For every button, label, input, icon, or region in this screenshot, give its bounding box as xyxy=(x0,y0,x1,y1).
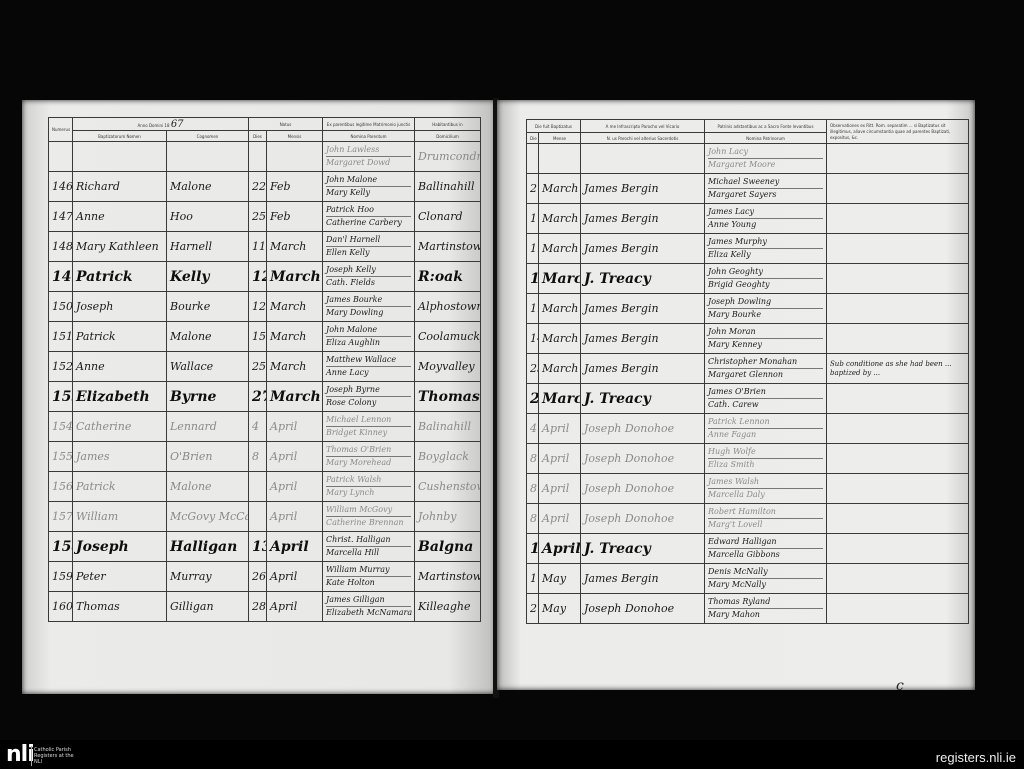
table-row: 11MarchJames BerginJames MurphyEliza Kel… xyxy=(527,234,969,264)
right-register-table: Die fuit Baptizatus A me Infrascripto Pa… xyxy=(526,119,969,624)
baptism-day: 8 xyxy=(527,474,539,504)
header-parents-group: Ex parentibus legitime Matrimonio juncti… xyxy=(323,118,415,131)
table-row: 158JosephHalligan13AprilChrist. Halligan… xyxy=(49,532,481,562)
baptism-month: April xyxy=(539,504,581,534)
table-row: 8AprilJoseph DonohoeHugh WolfeEliza Smit… xyxy=(527,444,969,474)
birth-day: 12 xyxy=(249,262,267,292)
residence: Coolamucky xyxy=(415,322,481,352)
table-row: 152AnneWallace25MarchMatthew WallaceAnne… xyxy=(49,352,481,382)
birth-day: 12 xyxy=(249,292,267,322)
priest-name: Joseph Donohoe xyxy=(581,444,705,474)
entry-number: 146 xyxy=(49,172,73,202)
sponsors: John MoranMary Kenney xyxy=(705,324,827,354)
name-line-2: Brigid Geoghty xyxy=(708,279,823,291)
priest-name: J. Treacy xyxy=(581,534,705,564)
birth-month: April xyxy=(267,412,323,442)
child-surname: Lennard xyxy=(167,412,249,442)
baptism-month: April xyxy=(539,534,581,564)
residence: Moyvalley xyxy=(415,352,481,382)
child-name: Patrick xyxy=(73,262,167,292)
birth-day: 22 xyxy=(249,172,267,202)
entry-number: 157 xyxy=(49,502,73,532)
birth-day: 27 xyxy=(249,382,267,412)
name-line-1: James Gilligan xyxy=(326,594,411,607)
name-line-2: Eliza Kelly xyxy=(708,249,823,261)
name-line-2: Eliza Aughlin xyxy=(326,337,411,349)
birth-month: April xyxy=(267,472,323,502)
baptism-month: April xyxy=(539,474,581,504)
name-line-1: Christopher Monahan xyxy=(708,356,823,369)
entry-number xyxy=(49,142,73,172)
entry-number: 148 xyxy=(49,232,73,262)
sponsors: Christopher MonahanMargaret Glennon xyxy=(705,354,827,384)
child-surname: Hoo xyxy=(167,202,249,232)
child-name: Richard xyxy=(73,172,167,202)
priest-name: J. Treacy xyxy=(581,384,705,414)
table-row: 154CatherineLennard4AprilMichael LennonB… xyxy=(49,412,481,442)
name-line-2: Mary Kelly xyxy=(326,187,411,199)
name-line-2: Catherine Brennan xyxy=(326,517,411,529)
header-baptism-month: Mense xyxy=(539,133,581,144)
header-month: Mensis xyxy=(267,131,323,142)
parents: Joseph KellyCath. Fields xyxy=(323,262,415,292)
table-row: 28MarchJ. TreacyJames O'BrienCath. Carew xyxy=(527,384,969,414)
name-line-1: Joseph Kelly xyxy=(326,264,411,277)
baptism-day: 28 xyxy=(527,384,539,414)
name-line-2: Anne Lacy xyxy=(326,367,411,379)
child-name: Thomas xyxy=(73,592,167,622)
priest-name: James Bergin xyxy=(581,294,705,324)
header-names-group: Anno Domini 18 67 xyxy=(73,118,249,131)
priest-name: James Bergin xyxy=(581,354,705,384)
logo-divider xyxy=(31,746,32,766)
sponsors: Joseph DowlingMary Bourke xyxy=(705,294,827,324)
parents: Christ. HalliganMarcella Hill xyxy=(323,532,415,562)
header-surname: Cognomen xyxy=(167,131,249,142)
name-line-1: Joseph Byrne xyxy=(326,384,411,397)
table-row: 149PatrickKelly12MarchJoseph KellyCath. … xyxy=(49,262,481,292)
baptism-month: March xyxy=(539,294,581,324)
birth-month: April xyxy=(267,502,323,532)
observation-note xyxy=(827,264,969,294)
sponsors: Patrick LennonAnne Fagan xyxy=(705,414,827,444)
birth-month: March xyxy=(267,382,323,412)
entry-number: 156 xyxy=(49,472,73,502)
child-name: Joseph xyxy=(73,292,167,322)
sponsors: James WalshMarcella Daly xyxy=(705,474,827,504)
name-line-1: William McGovy xyxy=(326,504,411,517)
priest-name: Joseph Donohoe xyxy=(581,474,705,504)
name-line-1: James Walsh xyxy=(708,476,823,489)
baptism-day: 8 xyxy=(527,444,539,474)
name-line-1: Michael Lennon xyxy=(326,414,411,427)
name-line-2: Cath. Carew xyxy=(708,399,823,411)
child-name: Peter xyxy=(73,562,167,592)
birth-day: 25 xyxy=(249,202,267,232)
parents: William McGovyCatherine Brennan xyxy=(323,502,415,532)
child-surname: Murray xyxy=(167,562,249,592)
name-line-1: Patrick Walsh xyxy=(326,474,411,487)
header-sponsors-group: Patrinis adstantibus ac a Sacro Fonte le… xyxy=(705,120,827,133)
baptism-month: March xyxy=(539,354,581,384)
name-line-2: Anne Fagan xyxy=(708,429,823,441)
parents: Matthew WallaceAnne Lacy xyxy=(323,352,415,382)
table-row: John LawlessMargaret DowdDrumcondra xyxy=(49,142,481,172)
child-surname: Malone xyxy=(167,472,249,502)
table-row: 14MarchJ. TreacyJohn GeoghtyBrigid Geogh… xyxy=(527,264,969,294)
sponsors: James LacyAnne Young xyxy=(705,204,827,234)
parents: James GilliganElizabeth McNamara xyxy=(323,592,415,622)
name-line-1: Thomas Ryland xyxy=(708,596,823,609)
header-residence-group: Habitantibus in xyxy=(415,118,481,131)
footer-bar xyxy=(0,740,1024,769)
baptism-day: 1 xyxy=(527,564,539,594)
baptism-day: 25 xyxy=(527,354,539,384)
baptism-month: March xyxy=(539,234,581,264)
baptism-month: April xyxy=(539,444,581,474)
observation-note xyxy=(827,384,969,414)
name-line-2: Marcella Gibbons xyxy=(708,549,823,561)
logo-caption: Catholic Parish Registers at the NLI xyxy=(34,747,74,765)
priest-name: James Bergin xyxy=(581,324,705,354)
entry-number: 160 xyxy=(49,592,73,622)
birth-month: March xyxy=(267,292,323,322)
name-line-2: Elizabeth McNamara xyxy=(326,607,411,619)
table-row: 25MarchJames BerginChristopher MonahanMa… xyxy=(527,354,969,384)
sponsors: John GeoghtyBrigid Geoghty xyxy=(705,264,827,294)
name-line-2: Eliza Smith xyxy=(708,459,823,471)
header-dates-group: Natus xyxy=(249,118,323,131)
residence: Balinahill xyxy=(415,412,481,442)
child-surname: Harnell xyxy=(167,232,249,262)
entry-number: 155 xyxy=(49,442,73,472)
margin-mark: c xyxy=(896,678,904,694)
header-baptism-group: Die fuit Baptizatus xyxy=(527,120,581,133)
child-surname: Malone xyxy=(167,322,249,352)
table-row: 157WilliamMcGovy McCarthyAprilWilliam Mc… xyxy=(49,502,481,532)
left-register-table: Numerus Anno Domini 18 67 Natus Ex paren… xyxy=(48,117,481,622)
name-line-2: Margaret Dowd xyxy=(326,157,411,169)
name-line-1: James O'Brien xyxy=(708,386,823,399)
table-row: 148Mary KathleenHarnell11MarchDan'l Harn… xyxy=(49,232,481,262)
name-line-2: Marg't Lovell xyxy=(708,519,823,531)
baptism-month xyxy=(539,144,581,174)
birth-day xyxy=(249,472,267,502)
priest-name: James Bergin xyxy=(581,564,705,594)
name-line-1: Edward Halligan xyxy=(708,536,823,549)
parents: Patrick HooCatherine Carbery xyxy=(323,202,415,232)
name-line-1: Hugh Wolfe xyxy=(708,446,823,459)
entry-number: 149 xyxy=(49,262,73,292)
birth-day: 11 xyxy=(249,232,267,262)
table-row: 2MarchJames BerginMichael SweeneyMargare… xyxy=(527,174,969,204)
entry-number: 151 xyxy=(49,322,73,352)
child-surname: Byrne xyxy=(167,382,249,412)
name-line-1: Matthew Wallace xyxy=(326,354,411,367)
name-line-2: Rose Colony xyxy=(326,397,411,409)
priest-name: James Bergin xyxy=(581,234,705,264)
baptism-day: 11 xyxy=(527,294,539,324)
parents: Patrick WalshMary Lynch xyxy=(323,472,415,502)
birth-day: 15 xyxy=(249,322,267,352)
name-line-2: Margaret Glennon xyxy=(708,369,823,381)
name-line-1: Christ. Halligan xyxy=(326,534,411,547)
name-line-1: Joseph Dowling xyxy=(708,296,823,309)
name-line-1: John Geoghty xyxy=(708,266,823,279)
name-line-1: John Moran xyxy=(708,326,823,339)
entry-number: 150 xyxy=(49,292,73,322)
baptism-day: 14 xyxy=(527,264,539,294)
baptism-month: March xyxy=(539,204,581,234)
child-name: Anne xyxy=(73,202,167,232)
sponsors: John LacyMargaret Moore xyxy=(705,144,827,174)
child-name: Elizabeth xyxy=(73,382,167,412)
table-row: 153ElizabethByrne27MarchJoseph ByrneRose… xyxy=(49,382,481,412)
table-row: 156PatrickMaloneAprilPatrick WalshMary L… xyxy=(49,472,481,502)
observation-note xyxy=(827,174,969,204)
priest-name: J. Treacy xyxy=(581,264,705,294)
name-line-2: Margaret Moore xyxy=(708,159,823,171)
name-line-2: Anne Young xyxy=(708,219,823,231)
priest-name: Joseph Donohoe xyxy=(581,504,705,534)
birth-day xyxy=(249,502,267,532)
baptism-month: March xyxy=(539,174,581,204)
sponsors: Denis McNallyMary McNally xyxy=(705,564,827,594)
birth-month: April xyxy=(267,592,323,622)
baptism-day: 8 xyxy=(527,504,539,534)
birth-day xyxy=(249,142,267,172)
sponsors: Hugh WolfeEliza Smith xyxy=(705,444,827,474)
name-line-2: Marcella Hill xyxy=(326,547,411,559)
observation-note xyxy=(827,324,969,354)
name-line-1: Thomas O'Brien xyxy=(326,444,411,457)
baptism-day: 11 xyxy=(527,234,539,264)
table-row: 4AprilJoseph DonohoePatrick LennonAnne F… xyxy=(527,414,969,444)
residence: Boyglack xyxy=(415,442,481,472)
sponsors: James MurphyEliza Kelly xyxy=(705,234,827,264)
priest-name: James Bergin xyxy=(581,174,705,204)
name-line-2: Catherine Carbery xyxy=(326,217,411,229)
name-line-1: Michael Sweeney xyxy=(708,176,823,189)
birth-month: March xyxy=(267,352,323,382)
register-year: 67 xyxy=(171,119,184,130)
name-line-2: Kate Holton xyxy=(326,577,411,589)
table-row: 155JamesO'Brien8AprilThomas O'BrienMary … xyxy=(49,442,481,472)
observation-note xyxy=(827,474,969,504)
name-line-2: Mary Morehead xyxy=(326,457,411,469)
priest-name: Joseph Donohoe xyxy=(581,594,705,624)
table-row: 14MarchJames BerginJohn MoranMary Kenney xyxy=(527,324,969,354)
name-line-2: Mary Dowling xyxy=(326,307,411,319)
name-line-1: James Bourke xyxy=(326,294,411,307)
birth-month: March xyxy=(267,322,323,352)
parents: Michael LennonBridget Kinney xyxy=(323,412,415,442)
table-row: 16AprilJ. TreacyEdward HalliganMarcella … xyxy=(527,534,969,564)
baptism-day: 16 xyxy=(527,534,539,564)
table-row: 160ThomasGilligan28AprilJames GilliganEl… xyxy=(49,592,481,622)
child-surname: Kelly xyxy=(167,262,249,292)
observation-note xyxy=(827,234,969,264)
header-notes-group: Observationes ex Ritt. Rom. separatim ..… xyxy=(827,120,969,144)
header-day: Dies xyxy=(249,131,267,142)
residence: Drumcondra xyxy=(415,142,481,172)
residence: Cushenstown xyxy=(415,472,481,502)
observation-note: Sub conditione as she had been ... bapti… xyxy=(827,354,969,384)
child-name: Patrick xyxy=(73,322,167,352)
nli-logo[interactable]: nli xyxy=(6,744,34,766)
child-surname: McGovy McCarthy xyxy=(167,502,249,532)
observation-note xyxy=(827,534,969,564)
header-baptised-name: Baptizatorum Nomen xyxy=(73,131,167,142)
name-line-1: Denis McNally xyxy=(708,566,823,579)
child-surname: Bourke xyxy=(167,292,249,322)
parents: John LawlessMargaret Dowd xyxy=(323,142,415,172)
name-line-2: Mary Bourke xyxy=(708,309,823,321)
observation-note xyxy=(827,594,969,624)
name-line-2: Marcella Daly xyxy=(708,489,823,501)
baptism-day: 4 xyxy=(527,414,539,444)
name-line-2: Mary Lynch xyxy=(326,487,411,499)
name-line-1: James Murphy xyxy=(708,236,823,249)
parents: William MurrayKate Holton xyxy=(323,562,415,592)
birth-month: March xyxy=(267,232,323,262)
residence: R:oak xyxy=(415,262,481,292)
sponsors: Thomas RylandMary Mahon xyxy=(705,594,827,624)
parents: Dan'l HarnellEllen Kelly xyxy=(323,232,415,262)
parents: John MaloneMary Kelly xyxy=(323,172,415,202)
observation-note xyxy=(827,204,969,234)
baptism-day: 2 xyxy=(527,174,539,204)
table-row: 11MarchJames BerginJoseph DowlingMary Bo… xyxy=(527,294,969,324)
birth-day: 26 xyxy=(249,562,267,592)
baptism-day: 1 xyxy=(527,204,539,234)
name-line-1: James Lacy xyxy=(708,206,823,219)
name-line-2: Mary Kenney xyxy=(708,339,823,351)
birth-month xyxy=(267,142,323,172)
residence: Alphostown xyxy=(415,292,481,322)
sponsors: James O'BrienCath. Carew xyxy=(705,384,827,414)
baptism-month: May xyxy=(539,564,581,594)
residence: Balgna xyxy=(415,532,481,562)
table-row: 8AprilJoseph DonohoeRobert HamiltonMarg'… xyxy=(527,504,969,534)
header-priest-group: A me Infrascripto Parocho vel Vicario xyxy=(581,120,705,133)
header-number: Numerus xyxy=(49,118,73,142)
baptism-month: March xyxy=(539,324,581,354)
observation-note xyxy=(827,444,969,474)
table-row: 2MayJoseph DonohoeThomas RylandMary Maho… xyxy=(527,594,969,624)
priest-name: Joseph Donohoe xyxy=(581,414,705,444)
parents: John MaloneEliza Aughlin xyxy=(323,322,415,352)
child-surname: O'Brien xyxy=(167,442,249,472)
baptism-day xyxy=(527,144,539,174)
entry-number: 152 xyxy=(49,352,73,382)
site-link[interactable]: registers.nli.ie xyxy=(936,750,1016,765)
name-line-1: Dan'l Harnell xyxy=(326,234,411,247)
table-row: John LacyMargaret Moore xyxy=(527,144,969,174)
residence: Thomastown xyxy=(415,382,481,412)
header-priest: N. us Parochi vel alterius Sacerdotis xyxy=(581,133,705,144)
entry-number: 158 xyxy=(49,532,73,562)
entry-number: 153 xyxy=(49,382,73,412)
child-surname: Malone xyxy=(167,172,249,202)
priest-name xyxy=(581,144,705,174)
sponsors: Robert HamiltonMarg't Lovell xyxy=(705,504,827,534)
baptism-day: 14 xyxy=(527,324,539,354)
table-row: 8AprilJoseph DonohoeJames WalshMarcella … xyxy=(527,474,969,504)
table-row: 159PeterMurray26AprilWilliam MurrayKate … xyxy=(49,562,481,592)
header-sponsors: Nomina Patrinorum xyxy=(705,133,827,144)
residence: Ballinahill xyxy=(415,172,481,202)
name-line-2: Ellen Kelly xyxy=(326,247,411,259)
child-name: Anne xyxy=(73,352,167,382)
baptism-month: May xyxy=(539,594,581,624)
observation-note xyxy=(827,504,969,534)
birth-month: March xyxy=(267,262,323,292)
baptism-month: April xyxy=(539,414,581,444)
observation-note xyxy=(827,144,969,174)
name-line-1: Robert Hamilton xyxy=(708,506,823,519)
name-line-1: William Murray xyxy=(326,564,411,577)
child-surname: Gilligan xyxy=(167,592,249,622)
observation-note xyxy=(827,564,969,594)
name-line-1: Patrick Hoo xyxy=(326,204,411,217)
birth-day: 28 xyxy=(249,592,267,622)
child-surname: Wallace xyxy=(167,352,249,382)
birth-month: Feb xyxy=(267,172,323,202)
table-row: 1MayJames BerginDenis McNallyMary McNall… xyxy=(527,564,969,594)
child-name: Patrick xyxy=(73,472,167,502)
name-line-2: Bridget Kinney xyxy=(326,427,411,439)
table-row: 146RichardMalone22FebJohn MaloneMary Kel… xyxy=(49,172,481,202)
observation-note xyxy=(827,294,969,324)
residence: Johnby xyxy=(415,502,481,532)
name-line-1: Patrick Lennon xyxy=(708,416,823,429)
parents: Joseph ByrneRose Colony xyxy=(323,382,415,412)
name-line-1: John Malone xyxy=(326,174,411,187)
header-baptism-day: Die xyxy=(527,133,539,144)
entry-number: 159 xyxy=(49,562,73,592)
table-row: 147AnneHoo25FebPatrick HooCatherine Carb… xyxy=(49,202,481,232)
name-line-1: John Malone xyxy=(326,324,411,337)
child-name: Catherine xyxy=(73,412,167,442)
name-line-2: Margaret Sayers xyxy=(708,189,823,201)
observation-note xyxy=(827,414,969,444)
child-surname: Halligan xyxy=(167,532,249,562)
table-row: 150JosephBourke12MarchJames BourkeMary D… xyxy=(49,292,481,322)
child-name xyxy=(73,142,167,172)
parents: James BourkeMary Dowling xyxy=(323,292,415,322)
table-row: 1MarchJames BerginJames LacyAnne Young xyxy=(527,204,969,234)
child-surname xyxy=(167,142,249,172)
header-residence: Domicilium xyxy=(415,131,481,142)
birth-month: April xyxy=(267,562,323,592)
residence: Martinstown xyxy=(415,232,481,262)
child-name: Joseph xyxy=(73,532,167,562)
name-line-2: Mary McNally xyxy=(708,579,823,591)
name-line-2: Cath. Fields xyxy=(326,277,411,289)
birth-month: April xyxy=(267,532,323,562)
sponsors: Edward HalliganMarcella Gibbons xyxy=(705,534,827,564)
birth-day: 4 xyxy=(249,412,267,442)
child-name: Mary Kathleen xyxy=(73,232,167,262)
birth-day: 25 xyxy=(249,352,267,382)
baptism-month: March xyxy=(539,264,581,294)
priest-name: James Bergin xyxy=(581,204,705,234)
name-line-2: Mary Mahon xyxy=(708,609,823,621)
birth-month: Feb xyxy=(267,202,323,232)
entry-number: 154 xyxy=(49,412,73,442)
header-parents-names: Nomina Parentum xyxy=(323,131,415,142)
